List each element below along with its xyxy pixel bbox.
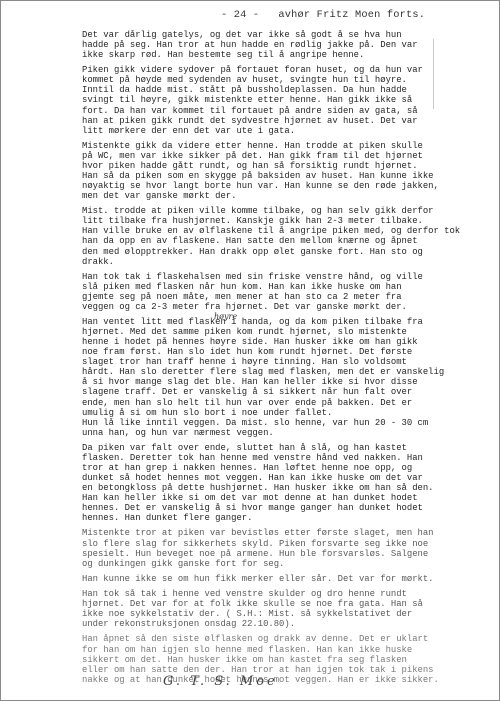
document-page: - 24 - avhør Fritz Moen forts. Det var d… <box>0 0 500 701</box>
paragraph-6: Han ventet litt med flasken i handa, og … <box>82 317 492 438</box>
paragraph-2: Piken gikk videre sydover på fortauet fo… <box>82 65 492 135</box>
paragraph-10: Han tok så tak i henne ved venstre skuld… <box>82 589 492 629</box>
document-body: Det var dårlig gatelys, og det var ikke … <box>82 30 492 690</box>
paragraph-5: Han tok tak i flaskehalsen med sin frisk… <box>82 272 492 312</box>
paragraph-1: Det var dårlig gatelys, og det var ikke … <box>82 30 492 60</box>
handwritten-correction: høyre <box>214 312 254 319</box>
paragraph-3: Mistenkte gikk da videre etter henne. Ha… <box>82 141 492 201</box>
paragraph-8: Mistenkte tror at piken var bevistløs et… <box>82 528 492 568</box>
page-header: - 24 - avhør Fritz Moen forts. <box>221 9 425 21</box>
paragraph-11: Han åpnet så den siste ølflasken og drak… <box>82 634 492 684</box>
paragraph-7: Da piken var falt over ende, sluttet han… <box>82 443 492 523</box>
paragraph-9: Han kunne ikke se om hun fikk merker ell… <box>82 574 492 584</box>
signature: G. T. S. Moe <box>163 674 278 689</box>
paragraph-4: Mist. trodde at piken ville komme tilbak… <box>82 206 492 266</box>
